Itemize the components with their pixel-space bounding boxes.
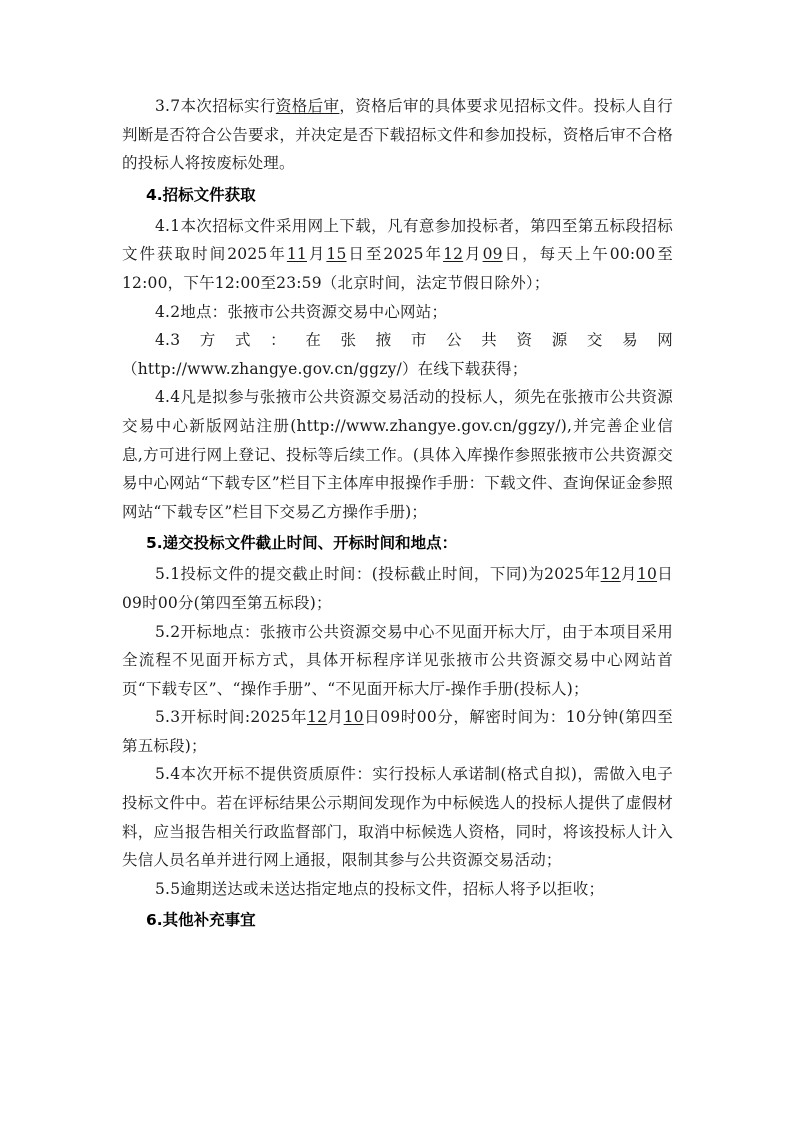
paragraph-3-7: 3.7本次招标实行资格后审，资格后审的具体要求见招标文件。投标人自行判断是否符合…: [122, 92, 673, 178]
paragraph-5-2: 5.2开标地点：张掖市公共资源交易中心不见面开标大厅，由于本项目采用全流程不见面…: [122, 618, 673, 704]
date-day: 10: [637, 565, 657, 583]
section-heading-4: 4.招标文件获取: [122, 180, 673, 210]
section-heading-5: 5.递交投标文件截止时间、开标时间和地点：: [122, 528, 673, 558]
date-month: 12: [307, 708, 327, 726]
paragraph-5-1: 5.1投标文件的提交截止时间：(投标截止时间，下同)为2025年12月10日09…: [122, 560, 673, 617]
date-day: 10: [344, 708, 364, 726]
date-day: 09: [483, 245, 503, 263]
date-month: 11: [287, 245, 307, 263]
paragraph-4-4: 4.4凡是拟参与张掖市公共资源交易活动的投标人，须先在张掖市公共资源交易中心新版…: [122, 383, 673, 526]
paragraph-5-3: 5.3开标时间:2025年12月10日09时00分，解密时间为：10分钟(第四至…: [122, 703, 673, 760]
paragraph-4-1: 4.1本次招标文件采用网上下载，凡有意参加投标者，第四至第五标段招标文件获取时间…: [122, 212, 673, 298]
paragraph-5-4: 5.4本次开标不提供资质原件：实行投标人承诺制(格式自拟)，需做入电子投标文件中…: [122, 760, 673, 874]
qualification-post-review-underlined: 资格后审: [276, 97, 340, 115]
date-month: 12: [443, 245, 463, 263]
paragraph-4-3: 4.3方式：在张掖市公共资源交易网（http://www.zhangye.gov…: [122, 326, 673, 383]
document-page: 3.7本次招标实行资格后审，资格后审的具体要求见招标文件。投标人自行判断是否符合…: [122, 92, 673, 937]
paragraph-4-2: 4.2地点：张掖市公共资源交易中心网站；: [122, 298, 673, 327]
section-heading-6: 6.其他补充事宜: [122, 905, 673, 935]
date-day: 15: [326, 245, 346, 263]
date-month: 12: [601, 565, 621, 583]
paragraph-5-5: 5.5逾期送达或未送达指定地点的投标文件，招标人将予以拒收；: [122, 875, 673, 904]
